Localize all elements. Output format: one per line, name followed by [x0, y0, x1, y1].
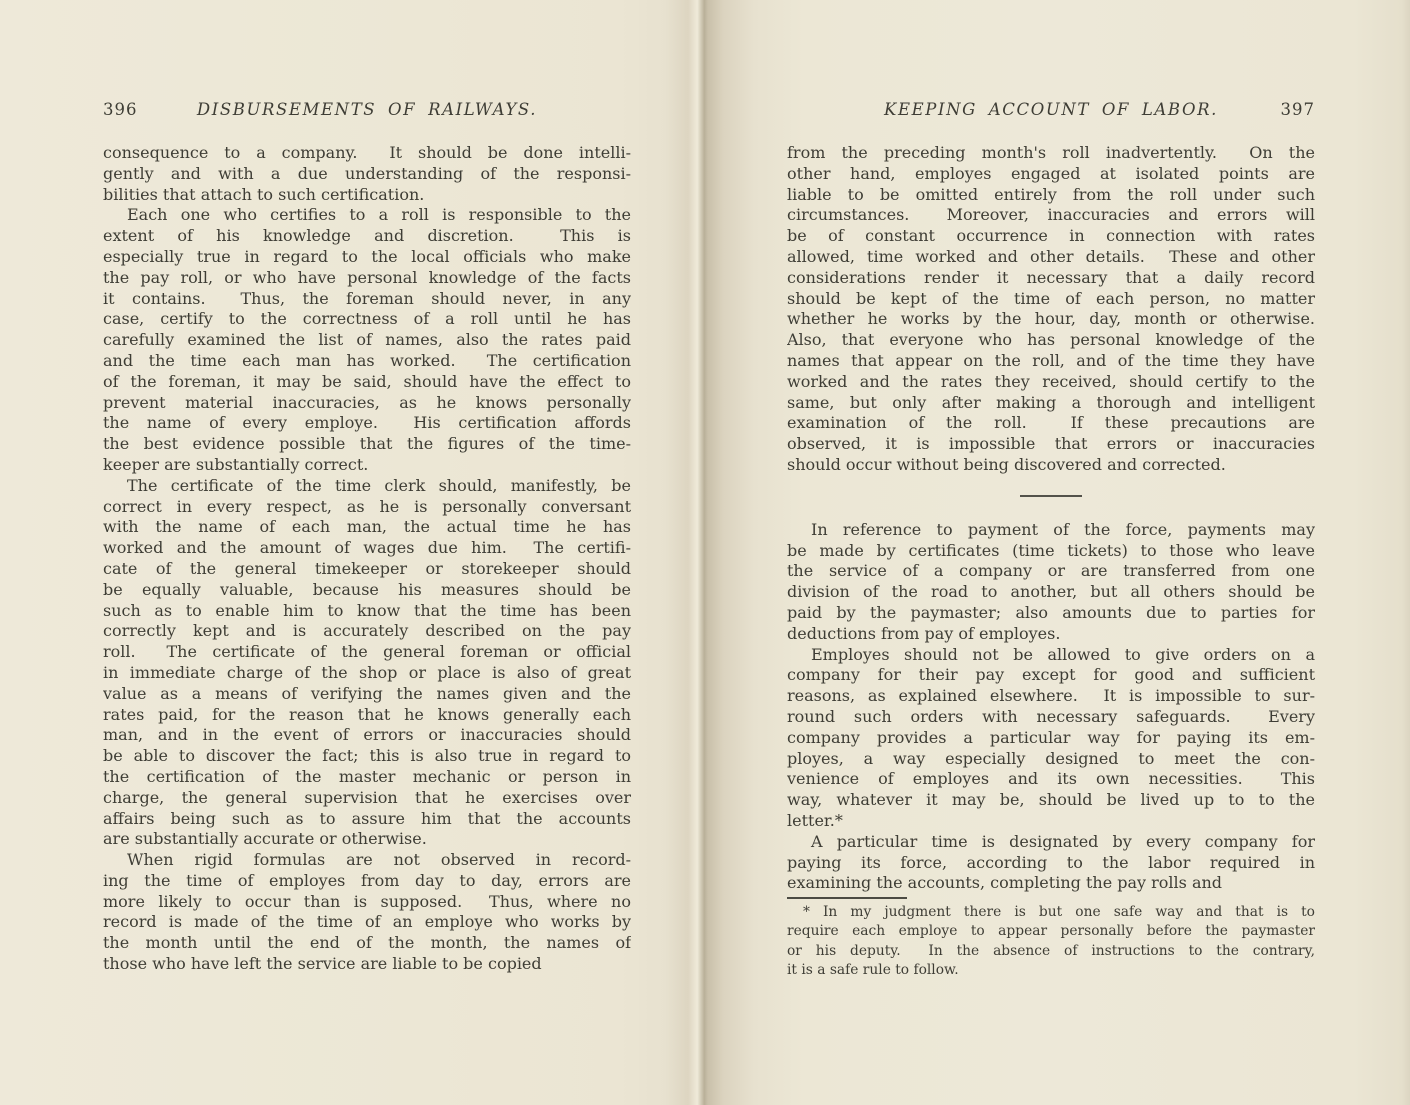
text-line: examining the accounts, completing the p…	[787, 873, 1315, 894]
footnote: * In my judgment there is but one safe w…	[787, 897, 1315, 980]
text-line: bilities that attach to such certificati…	[103, 185, 631, 206]
text-line: cate of the general timekeeper or storek…	[103, 559, 631, 580]
left-page-header: 396 DISBURSEMENTS OF RAILWAYS.	[103, 100, 631, 143]
text-line: affairs being such as to assure him that…	[103, 809, 631, 830]
text-line: are substantially accurate or otherwise.	[103, 829, 631, 850]
section-divider-rule	[1020, 495, 1082, 497]
text-line: the month until the end of the month, th…	[103, 933, 631, 954]
text-line: letter.*	[787, 811, 1315, 832]
text-line: ing the time of employes from day to day…	[103, 871, 631, 892]
text-line: of the foreman, it may be said, should h…	[103, 372, 631, 393]
left-page: 396 DISBURSEMENTS OF RAILWAYS. consequen…	[0, 0, 705, 1105]
text-line: round such orders with necessary safegua…	[787, 707, 1315, 728]
paragraph: Each one who certifies to a roll is resp…	[103, 205, 631, 475]
paragraph: consequence to a company. It should be d…	[103, 143, 631, 205]
text-line: company provides a particular way for pa…	[787, 728, 1315, 749]
text-line: especially true in regard to the local o…	[103, 247, 631, 268]
text-line: paying its force, according to the labor…	[787, 853, 1315, 874]
text-line: gently and with a due understanding of t…	[103, 164, 631, 185]
paragraph: Employes should not be allowed to give o…	[787, 645, 1315, 832]
text-line: more likely to occur than is supposed. T…	[103, 892, 631, 913]
text-line: allowed, time worked and other details. …	[787, 247, 1315, 268]
text-line: * In my judgment there is but one safe w…	[787, 903, 1315, 922]
text-line: Each one who certifies to a roll is resp…	[103, 205, 631, 226]
text-line: carefully examined the list of names, al…	[103, 330, 631, 351]
text-line: whether he works by the hour, day, month…	[787, 309, 1315, 330]
text-line: consequence to a company. It should be d…	[103, 143, 631, 164]
paragraph: When rigid formulas are not observed in …	[103, 850, 631, 975]
text-line: those who have left the service are liab…	[103, 954, 631, 975]
text-line: should be kept of the time of each perso…	[787, 289, 1315, 310]
text-line: observed, it is impossible that errors o…	[787, 434, 1315, 455]
text-line: prevent material inaccuracies, as he kno…	[103, 393, 631, 414]
text-line: the service of a company or are transfer…	[787, 561, 1315, 582]
text-line: A particular time is designated by every…	[787, 832, 1315, 853]
text-line: other hand, employes engaged at isolated…	[787, 164, 1315, 185]
text-line: be of constant occurrence in connection …	[787, 226, 1315, 247]
left-page-number: 396	[103, 100, 138, 119]
footnote-text: * In my judgment there is but one safe w…	[787, 903, 1315, 980]
text-line: The certificate of the time clerk should…	[103, 476, 631, 497]
text-line: ployes, a way especially designed to mee…	[787, 749, 1315, 770]
text-line: it contains. Thus, the foreman should ne…	[103, 289, 631, 310]
text-line: such as to enable him to know that the t…	[103, 601, 631, 622]
text-line: roll. The certificate of the general for…	[103, 642, 631, 663]
text-line: worked and the rates they received, shou…	[787, 372, 1315, 393]
right-page: KEEPING ACCOUNT OF LABOR. 397 from the p…	[705, 0, 1410, 1105]
text-line: division of the road to another, but all…	[787, 582, 1315, 603]
text-line: it is a safe rule to follow.	[787, 961, 1315, 980]
text-line: correct in every respect, as he is perso…	[103, 497, 631, 518]
left-running-head: DISBURSEMENTS OF RAILWAYS.	[103, 100, 631, 119]
book-spread: 396 DISBURSEMENTS OF RAILWAYS. consequen…	[0, 0, 1410, 1105]
right-page-header: KEEPING ACCOUNT OF LABOR. 397	[787, 100, 1315, 143]
paragraph: In reference to payment of the force, pa…	[787, 520, 1315, 645]
text-line: way, whatever it may be, should be lived…	[787, 790, 1315, 811]
paragraph: * In my judgment there is but one safe w…	[787, 903, 1315, 980]
right-body-text-lower: In reference to payment of the force, pa…	[787, 520, 1315, 894]
text-line: names that appear on the roll, and of th…	[787, 351, 1315, 372]
text-line: venience of employes and its own necessi…	[787, 769, 1315, 790]
text-line: or his deputy. In the absence of instruc…	[787, 942, 1315, 961]
text-line: correctly kept and is accurately describ…	[103, 621, 631, 642]
text-line: same, but only after making a thorough a…	[787, 393, 1315, 414]
text-line: in immediate charge of the shop or place…	[103, 663, 631, 684]
text-line: require each employe to appear personall…	[787, 922, 1315, 941]
text-line: the best evidence possible that the figu…	[103, 434, 631, 455]
text-line: circumstances. Moreover, inaccuracies an…	[787, 205, 1315, 226]
text-line: be able to discover the fact; this is al…	[103, 746, 631, 767]
paragraph: A particular time is designated by every…	[787, 832, 1315, 894]
text-line: examination of the roll. If these precau…	[787, 413, 1315, 434]
text-line: the certification of the master mechanic…	[103, 767, 631, 788]
paragraph: from the preceding month's roll inadvert…	[787, 143, 1315, 476]
text-line: liable to be omitted entirely from the r…	[787, 185, 1315, 206]
text-line: the pay roll, or who have personal knowl…	[103, 268, 631, 289]
text-line: be equally valuable, because his measure…	[103, 580, 631, 601]
text-line: the name of every employe. His certifica…	[103, 413, 631, 434]
text-line: with the name of each man, the actual ti…	[103, 517, 631, 538]
text-line: and the time each man has worked. The ce…	[103, 351, 631, 372]
text-line: company for their pay except for good an…	[787, 665, 1315, 686]
left-body-text: consequence to a company. It should be d…	[103, 143, 631, 975]
left-page-content: 396 DISBURSEMENTS OF RAILWAYS. consequen…	[103, 100, 631, 975]
text-line: worked and the amount of wages due him. …	[103, 538, 631, 559]
text-line: case, certify to the correctness of a ro…	[103, 309, 631, 330]
text-line: deductions from pay of employes.	[787, 624, 1315, 645]
text-line: paid by the paymaster; also amounts due …	[787, 603, 1315, 624]
text-line: extent of his knowledge and discretion. …	[103, 226, 631, 247]
right-page-number: 397	[1281, 100, 1316, 119]
text-line: charge, the general supervision that he …	[103, 788, 631, 809]
text-line: from the preceding month's roll inadvert…	[787, 143, 1315, 164]
right-running-head: KEEPING ACCOUNT OF LABOR.	[787, 100, 1315, 119]
text-line: Also, that everyone who has personal kno…	[787, 330, 1315, 351]
text-line: Employes should not be allowed to give o…	[787, 645, 1315, 666]
text-line: In reference to payment of the force, pa…	[787, 520, 1315, 541]
text-line: keeper are substantially correct.	[103, 455, 631, 476]
text-line: should occur without being discovered an…	[787, 455, 1315, 476]
text-line: man, and in the event of errors or inacc…	[103, 725, 631, 746]
text-line: value as a means of verifying the names …	[103, 684, 631, 705]
footnote-rule	[787, 897, 907, 899]
text-line: reasons, as explained elsewhere. It is i…	[787, 686, 1315, 707]
text-line: be made by certificates (time tickets) t…	[787, 541, 1315, 562]
right-body-text-upper: from the preceding month's roll inadvert…	[787, 143, 1315, 476]
text-line: rates paid, for the reason that he knows…	[103, 705, 631, 726]
paragraph: The certificate of the time clerk should…	[103, 476, 631, 850]
text-line: record is made of the time of an employe…	[103, 912, 631, 933]
text-line: considerations render it necessary that …	[787, 268, 1315, 289]
text-line: When rigid formulas are not observed in …	[103, 850, 631, 871]
right-page-content: KEEPING ACCOUNT OF LABOR. 397 from the p…	[787, 100, 1315, 980]
